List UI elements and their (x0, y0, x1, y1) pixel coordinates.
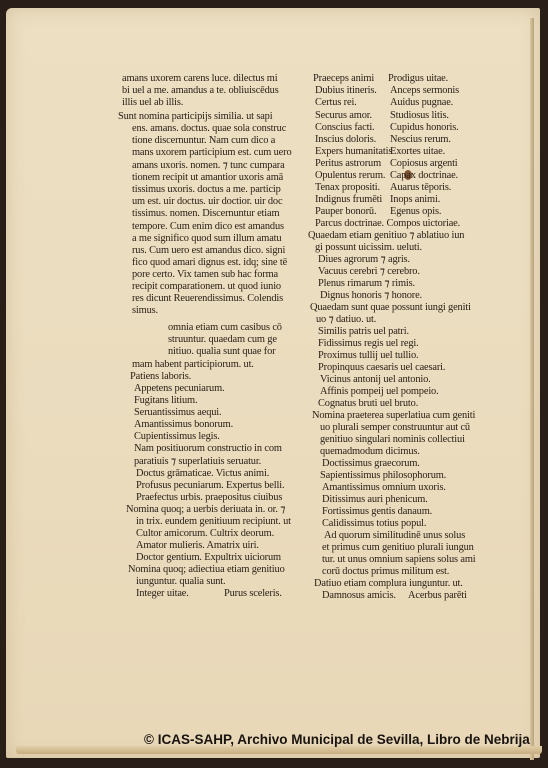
text-line: Doctor gentium. Expultrix uiciorum (136, 552, 281, 564)
text-line: amans uxoris. nomen. ⁊ tunc cumpara (132, 160, 285, 172)
text-line: tur. ut unus omnium sapiens solus ami (322, 554, 476, 566)
text-line: Pauper bonorū. (315, 206, 376, 218)
text-line: Peritus astrorum (315, 158, 381, 170)
manuscript-page (6, 8, 540, 758)
text-line: Ad quorum similitudinē unus solus (324, 530, 465, 542)
text-line: Conscius facti. (315, 122, 375, 134)
text-line: Expers humanitatis (315, 146, 392, 158)
text-line: Vicinus antonij uel antonio. (320, 374, 431, 386)
text-line: bi uel a me. amandus a te. obliuiscēdus (122, 85, 279, 97)
text-line: um est. uir doctus. uir doctior. uir doc (132, 196, 282, 208)
text-line: Tenax propositi. (315, 182, 380, 194)
text-line: gi possunt uicissim. ueluti. (315, 242, 422, 254)
text-line: omnia etiam cum casibus cō (168, 322, 282, 334)
text-line: tione discernuntur. Nam cum dico a (132, 135, 275, 147)
text-line: Anceps sermonis (390, 85, 459, 97)
text-line: Dubius itineris. (315, 85, 377, 97)
text-line: quemadmodum dicimus. (320, 446, 420, 458)
text-line: Cupientissimus legis. (134, 431, 220, 443)
text-line: Damnosus amicis. (322, 590, 396, 602)
text-line: a me significo quod sum illum amatu (132, 233, 281, 245)
text-line: Opulentus rerum. (315, 170, 385, 182)
page-edge-bottom (16, 746, 542, 754)
text-line: in trix. eundem genitiuum recipiunt. ut (136, 516, 291, 528)
text-line: Datiuo etiam complura iunguntur. ut. (314, 578, 463, 590)
text-line: Propinquus caesaris uel caesari. (318, 362, 445, 374)
text-line: Nescius rerum. (390, 134, 451, 146)
text-line: Plenus rimarum ⁊ rimis. (318, 278, 415, 290)
text-line: Doctissimus graecorum. (322, 458, 420, 470)
text-line: Nam positiuorum constructio in com (134, 443, 282, 455)
text-line: Proximus tullij uel tullio. (318, 350, 418, 362)
text-line: Certus rei. (315, 97, 357, 109)
text-line: Inops animi. (390, 194, 440, 206)
text-line: Cultor amicorum. Cultrix deorum. (136, 528, 274, 540)
text-line: Affinis pompeij uel pompeio. (320, 386, 439, 398)
text-line: Seruantissimus aequi. (134, 407, 221, 419)
text-line: uo plurali semper construuntur aut cū (320, 422, 470, 434)
text-line: tissimus uxoris. doctus a me. particip (132, 184, 281, 196)
text-line: paratiuis ⁊ superlatiuis seruatur. (134, 456, 261, 468)
text-line: nitiuo. qualia sunt quae for (168, 346, 275, 358)
text-line: Nomina praeterea superlatiua cum geniti (312, 410, 475, 422)
text-line: Sapientissimus philosophorum. (320, 470, 446, 482)
text-line: Amantissimus omnium uxoris. (322, 482, 446, 494)
text-line: et primus cum genitiuo plurali iungun (322, 542, 474, 554)
text-line: Ditissimus auri phenicum. (322, 494, 428, 506)
text-line: tissimus. nomen. Discernuntur etiam (132, 208, 279, 220)
text-line: Praeceps animi (313, 73, 374, 85)
text-line: Inscius doloris. (315, 134, 376, 146)
text-line: Quaedam sunt quae possunt iungi geniti (310, 302, 471, 314)
text-line: Auarus tēporis. (390, 182, 451, 194)
text-line: Vacuus cerebri ⁊ cerebro. (318, 266, 420, 278)
text-line: Sunt nomina participijs similia. ut sapi (118, 111, 272, 123)
text-line: Nomina quoq; adiectiua etiam genitiuo (128, 564, 285, 576)
text-line: Appetens pecuniarum. (134, 383, 225, 395)
text-line: tempore. Cum enim dico est amandus (132, 221, 284, 233)
text-line: Copiosus argenti (390, 158, 458, 170)
copyright-caption: © ICAS-SAHP, Archivo Municipal de Sevill… (144, 732, 530, 747)
text-line: Parcus doctrinae. Compos uictoriae. (315, 218, 460, 230)
text-line: mam habent participiorum. ut. (132, 359, 254, 371)
text-line: recipit comparationem. ut quod iunio (132, 281, 281, 293)
text-line: Cognatus bruti uel bruto. (318, 398, 418, 410)
text-line: Profusus pecuniarum. Expertus belli. (136, 480, 284, 492)
text-line: res dicunt Reuerendissimus. Colendis (132, 293, 283, 305)
text-line: Praefectus urbis. praepositus ciuibus (136, 492, 282, 504)
text-line: Doctus grāmaticae. Victus animi. (136, 468, 269, 480)
text-line: Quaedam etiam genitiuo ⁊ ablatiuo iun (308, 230, 464, 242)
text-line: tionem recipit ut amantior uxoris amā (132, 172, 283, 184)
text-line: Dignus honoris ⁊ honore. (320, 290, 422, 302)
text-line: Calidissimus totius popul. (322, 518, 426, 530)
text-line: amans uxorem carens luce. dilectus mi (122, 73, 277, 85)
text-line: Fidissimus regis uel regi. (318, 338, 419, 350)
text-line: ens. amans. doctus. quae sola construc (132, 123, 286, 135)
text-line: fico quod amari dignus est. idq; sine tē (132, 257, 287, 269)
text-line: Amator mulieris. Amatrix uiri. (136, 540, 259, 552)
text-line: iunguntur. qualia sunt. (136, 576, 225, 588)
text-line: Exortes uitae. (390, 146, 445, 158)
text-line: Studiosus litis. (390, 110, 449, 122)
text-line: mans uxorem participium est. cum uero (132, 147, 292, 159)
text-line: Capax doctrinae. (390, 170, 458, 182)
text-line: Acerbus parēti (408, 590, 467, 602)
text-line: Auidus pugnae. (390, 97, 453, 109)
text-line: Indignus frumēti (315, 194, 382, 206)
page-edge-right (530, 18, 534, 760)
text-line: simus. (132, 305, 158, 317)
text-line: pore certo. Vix tamen sub hac forma (132, 269, 278, 281)
text-line: uo ⁊ datiuo. ut. (316, 314, 376, 326)
text-line: Cupidus honoris. (390, 122, 459, 134)
text-line: Securus amor. (315, 110, 372, 122)
text-line: Purus sceleris. (224, 588, 282, 600)
text-line: Prodigus uitae. (388, 73, 448, 85)
text-line: Integer uitae. (136, 588, 189, 600)
text-line: rus. Cum uero est amandus dico. signi (132, 245, 285, 257)
text-line: struuntur. quaedam cum ge (168, 334, 277, 346)
text-line: illis uel ab illis. (122, 97, 183, 109)
text-line: genitiuo singulari nominis collectiui (320, 434, 465, 446)
text-line: Amantissimus bonorum. (134, 419, 233, 431)
text-line: Similis patris uel patri. (318, 326, 409, 338)
text-line: Fortissimus gentis danaum. (322, 506, 432, 518)
text-line: corū doctus primus militum est. (322, 566, 449, 578)
text-line: Diues agrorum ⁊ agris. (318, 254, 410, 266)
text-line: Egenus opis. (390, 206, 441, 218)
text-line: Fugitans litium. (134, 395, 197, 407)
text-line: Nomina quoq; a uerbis deriuata in. or. ⁊ (126, 504, 285, 516)
text-line: Patiens laboris. (130, 371, 191, 383)
